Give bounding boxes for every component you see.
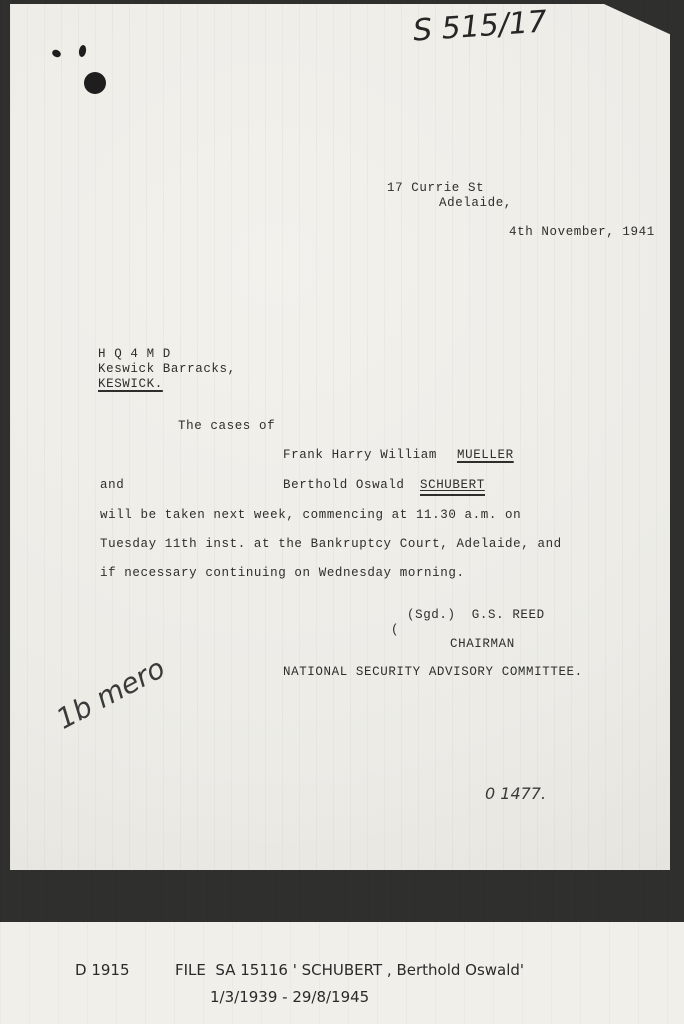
recipient-line-3: KESWICK. — [98, 378, 163, 391]
file-label-code: D 1915 — [75, 963, 130, 978]
person-1-surname: MUELLER — [457, 449, 514, 462]
intro-text: The cases of — [178, 420, 275, 433]
recipient-line-2: Keswick Barracks, — [98, 363, 236, 376]
signature-organisation: NATIONAL SECURITY ADVISORY COMMITTEE. — [283, 666, 583, 679]
sender-address-line-2: Adelaide, — [439, 197, 512, 210]
punch-hole — [84, 72, 106, 94]
recipient-line-1: H Q 4 M D — [98, 348, 171, 361]
letter-date: 4th November, 1941 — [509, 226, 655, 239]
corner-annotation: 0 1477. — [485, 786, 546, 802]
body-line-2: Tuesday 11th inst. at the Bankruptcy Cou… — [100, 538, 562, 551]
person-2-given-names: Berthold Oswald — [283, 479, 405, 492]
person-1-given-names: Frank Harry William — [283, 449, 437, 462]
signature-bracket: ( — [391, 624, 399, 637]
body-line-1: will be taken next week, commencing at 1… — [100, 509, 521, 522]
file-label-file: FILE SA 15116 ' SCHUBERT , Berthold Oswa… — [175, 963, 524, 978]
signature-signed: (Sgd.) G.S. REED — [407, 609, 545, 622]
body-line-3: if necessary continuing on Wednesday mor… — [100, 567, 465, 580]
signature-title: CHAIRMAN — [450, 638, 515, 651]
person-2-surname: SCHUBERT — [420, 479, 485, 496]
sender-address-line-1: 17 Currie St — [387, 182, 484, 195]
letter-page — [10, 4, 670, 870]
and-connector: and — [100, 479, 124, 492]
file-label-dates: 1/3/1939 - 29/8/1945 — [210, 990, 369, 1005]
